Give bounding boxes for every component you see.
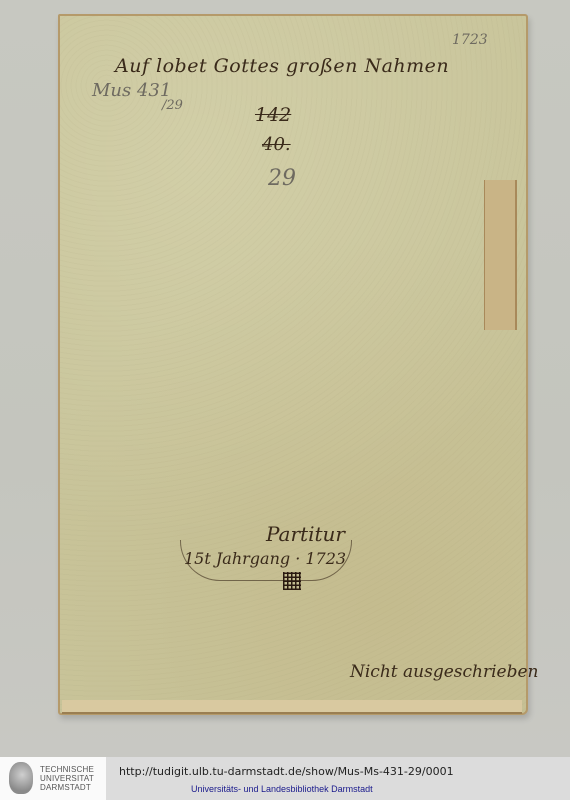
flourish-decoration (180, 540, 352, 581)
logo-text: TECHNISCHE UNIVERSITAT DARMSTADT (40, 765, 94, 792)
current-number: 29 (268, 166, 296, 191)
tu-logo: TECHNISCHE UNIVERSITAT DARMSTADT (0, 757, 106, 800)
year-pencil: 1723 (452, 32, 488, 48)
footer-bar: TECHNISCHE UNIVERSITAT DARMSTADT http://… (0, 757, 570, 800)
folded-edge (484, 180, 517, 330)
old-number-2: 40. (262, 134, 291, 155)
permalink-url[interactable]: http://tudigit.ulb.tu-darmstadt.de/show/… (119, 765, 454, 778)
manuscript-cover (58, 14, 528, 715)
bottom-note: Nicht ausgeschrieben (350, 662, 538, 682)
grid-mark-icon (283, 572, 301, 590)
shelfmark-sub: /29 (162, 98, 183, 113)
shelfmark: Mus 431 (92, 80, 171, 101)
page-bottom-edge (62, 700, 522, 714)
scan-background: Auf lobet Gottes großen Nahmen 1723 Mus … (0, 0, 570, 757)
library-name[interactable]: Universitäts- und Landesbibliothek Darms… (191, 784, 373, 794)
athena-head-icon (9, 762, 33, 794)
title-inscription: Auf lobet Gottes großen Nahmen (115, 55, 449, 77)
old-number-1: 142 (255, 104, 291, 126)
